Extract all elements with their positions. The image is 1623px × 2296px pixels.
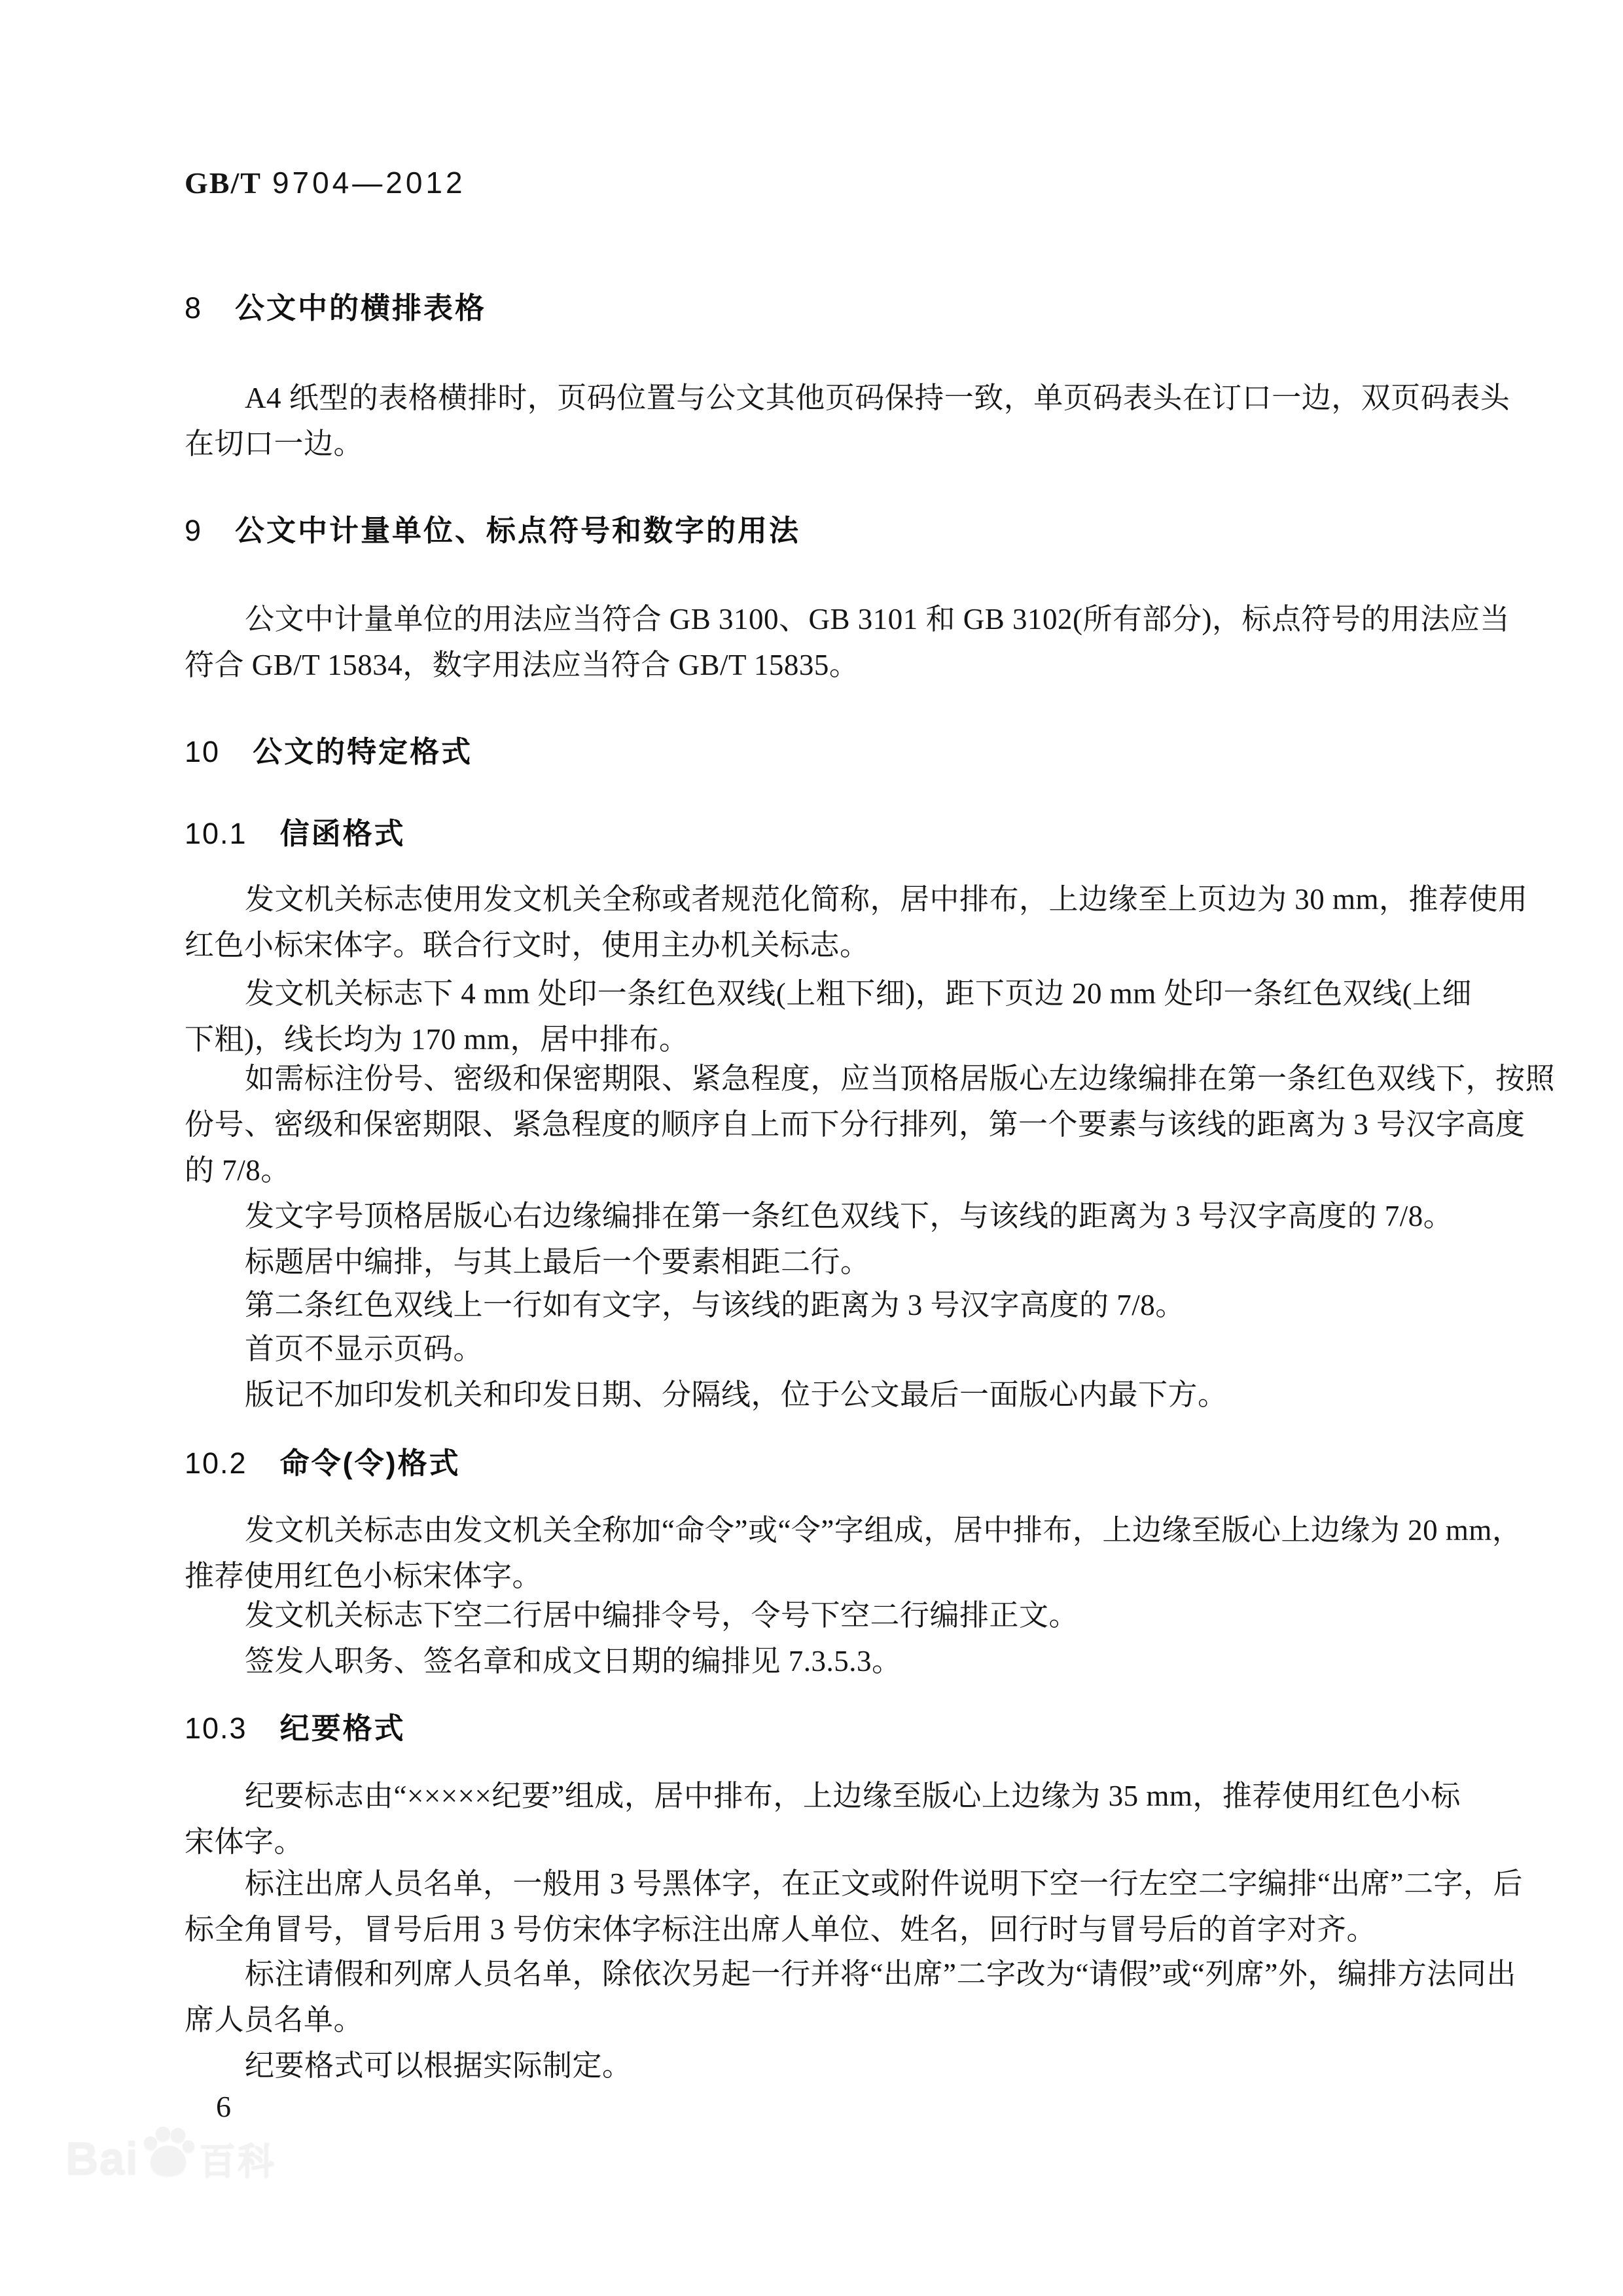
text-line: 的 7/8。 <box>185 1147 1454 1193</box>
text-line: 发文机关标志下 4 mm 处印一条红色双线(上粗下细)，距下页边 20 mm 处… <box>185 971 1454 1016</box>
document-header: GB/T9704—2012 <box>185 165 466 201</box>
section-number: 10.2 <box>185 1446 247 1480</box>
text-line: 如需标注份号、密级和保密期限、紧急程度，应当顶格居版心左边缘编排在第一条红色双线… <box>185 1056 1454 1102</box>
text-line: 标注出席人员名单，一般用 3 号黑体字，在正文或附件说明下空一行左空二字编排“出… <box>185 1861 1454 1907</box>
paragraph: 标注出席人员名单，一般用 3 号黑体字，在正文或附件说明下空一行左空二字编排“出… <box>185 1861 1454 1952</box>
paragraph: 首页不显示页码。 <box>185 1326 1454 1372</box>
section-9-heading: 9公文中计量单位、标点符号和数字的用法 <box>185 508 800 554</box>
paragraph: 公文中计量单位的用法应当符合 GB 3100、GB 3101 和 GB 3102… <box>185 596 1454 688</box>
text-line: 在切口一边。 <box>185 421 1454 467</box>
section-title: 公文中计量单位、标点符号和数字的用法 <box>235 514 800 547</box>
section-number: 10.3 <box>185 1712 247 1745</box>
watermark-text-bai: Bai <box>65 2136 139 2180</box>
section-8-heading: 8公文中的横排表格 <box>185 285 486 331</box>
text-line: 发文机关标志下空二行居中编排令号，令号下空二行编排正文。 <box>185 1592 1454 1638</box>
text-line: 宋体字。 <box>185 1819 1454 1865</box>
paragraph: 纪要格式可以根据实际制定。 <box>185 2043 1454 2089</box>
paragraph: 如需标注份号、密级和保密期限、紧急程度，应当顶格居版心左边缘编排在第一条红色双线… <box>185 1056 1454 1193</box>
section-10-heading: 10公文的特定格式 <box>185 729 473 775</box>
section-number: 9 <box>185 514 202 547</box>
paragraph: 第二条红色双线上一行如有文字，与该线的距离为 3 号汉字高度的 7/8。 <box>185 1282 1454 1328</box>
text-line: 红色小标宋体字。联合行文时，使用主办机关标志。 <box>185 922 1454 968</box>
baidu-baike-watermark: Bai 百科 <box>65 2125 276 2179</box>
text-line: 标题居中编排，与其上最后一个要素相距二行。 <box>185 1239 1454 1285</box>
watermark-text-baike: 百科 <box>199 2143 276 2179</box>
text-line: 第二条红色双线上一行如有文字，与该线的距离为 3 号汉字高度的 7/8。 <box>185 1282 1454 1328</box>
paragraph: 纪要标志由“×××××纪要”组成，居中排布，上边缘至版心上边缘为 35 mm，推… <box>185 1773 1454 1865</box>
text-line: 份号、密级和保密期限、紧急程度的顺序自上而下分行排列，第一个要素与该线的距离为 … <box>185 1102 1454 1147</box>
text-line: 席人员名单。 <box>185 1997 1454 2043</box>
section-number: 8 <box>185 291 202 325</box>
text-line: 标注请假和列席人员名单，除依次另起一行并将“出席”二字改为“请假”或“列席”外，… <box>185 1951 1454 1997</box>
text-line: 纪要格式可以根据实际制定。 <box>185 2043 1454 2089</box>
text-line: 签发人职务、签名章和成文日期的编排见 7.3.5.3。 <box>185 1638 1454 1684</box>
section-10-3-heading: 10.3纪要格式 <box>185 1706 406 1751</box>
paragraph: 签发人职务、签名章和成文日期的编排见 7.3.5.3。 <box>185 1638 1454 1684</box>
text-line: 符合 GB/T 15834，数字用法应当符合 GB/T 15835。 <box>185 642 1454 688</box>
paragraph: 标题居中编排，与其上最后一个要素相距二行。 <box>185 1239 1454 1285</box>
paragraph: 版记不加印发机关和印发日期、分隔线，位于公文最后一面版心内最下方。 <box>185 1372 1454 1418</box>
section-title: 公文的特定格式 <box>253 735 473 768</box>
paragraph: 发文机关标志由发文机关全称加“命令”或“令”字组成，居中排布，上边缘至版心上边缘… <box>185 1507 1454 1599</box>
section-title: 命令(令)格式 <box>280 1446 461 1480</box>
paragraph: 发文机关标志下空二行居中编排令号，令号下空二行编排正文。 <box>185 1592 1454 1638</box>
paragraph: 发文机关标志使用发文机关全称或者规范化简称，居中排布，上边缘至上页边为 30 m… <box>185 876 1454 968</box>
section-title: 信函格式 <box>280 817 406 850</box>
text-line: 发文字号顶格居版心右边缘编排在第一条红色双线下，与该线的距离为 3 号汉字高度的… <box>185 1193 1454 1239</box>
text-line: 首页不显示页码。 <box>185 1326 1454 1372</box>
text-line: 纪要标志由“×××××纪要”组成，居中排布，上边缘至版心上边缘为 35 mm，推… <box>185 1773 1454 1819</box>
paragraph: A4 纸型的表格横排时，页码位置与公文其他页码保持一致，单页码表头在订口一边，双… <box>185 375 1454 467</box>
text-line: 版记不加印发机关和印发日期、分隔线，位于公文最后一面版心内最下方。 <box>185 1372 1454 1418</box>
paragraph: 发文机关标志下 4 mm 处印一条红色双线(上粗下细)，距下页边 20 mm 处… <box>185 971 1454 1062</box>
document-page: GB/T9704—2012 8公文中的横排表格 A4 纸型的表格横排时，页码位置… <box>0 0 1623 2296</box>
section-number: 10 <box>185 735 220 768</box>
paragraph: 发文字号顶格居版心右边缘编排在第一条红色双线下，与该线的距离为 3 号汉字高度的… <box>185 1193 1454 1239</box>
section-10-1-heading: 10.1信函格式 <box>185 811 406 857</box>
text-line: 公文中计量单位的用法应当符合 GB 3100、GB 3101 和 GB 3102… <box>185 596 1454 642</box>
standard-code: GB/T <box>185 166 262 200</box>
text-line: A4 纸型的表格横排时，页码位置与公文其他页码保持一致，单页码表头在订口一边，双… <box>185 375 1454 421</box>
standard-number: 9704—2012 <box>272 166 466 200</box>
section-number: 10.1 <box>185 817 247 850</box>
text-line: 标全角冒号，冒号后用 3 号仿宋体字标注出席人单位、姓名，回行时与冒号后的首字对… <box>185 1907 1454 1952</box>
paw-icon <box>140 2125 196 2181</box>
section-10-2-heading: 10.2命令(令)格式 <box>185 1441 461 1486</box>
text-line: 发文机关标志由发文机关全称加“命令”或“令”字组成，居中排布，上边缘至版心上边缘… <box>185 1507 1454 1553</box>
text-line: 发文机关标志使用发文机关全称或者规范化简称，居中排布，上边缘至上页边为 30 m… <box>185 876 1454 922</box>
page-number: 6 <box>216 2084 231 2130</box>
section-title: 纪要格式 <box>280 1712 406 1745</box>
paragraph: 标注请假和列席人员名单，除依次另起一行并将“出席”二字改为“请假”或“列席”外，… <box>185 1951 1454 2043</box>
section-title: 公文中的横排表格 <box>235 291 486 325</box>
